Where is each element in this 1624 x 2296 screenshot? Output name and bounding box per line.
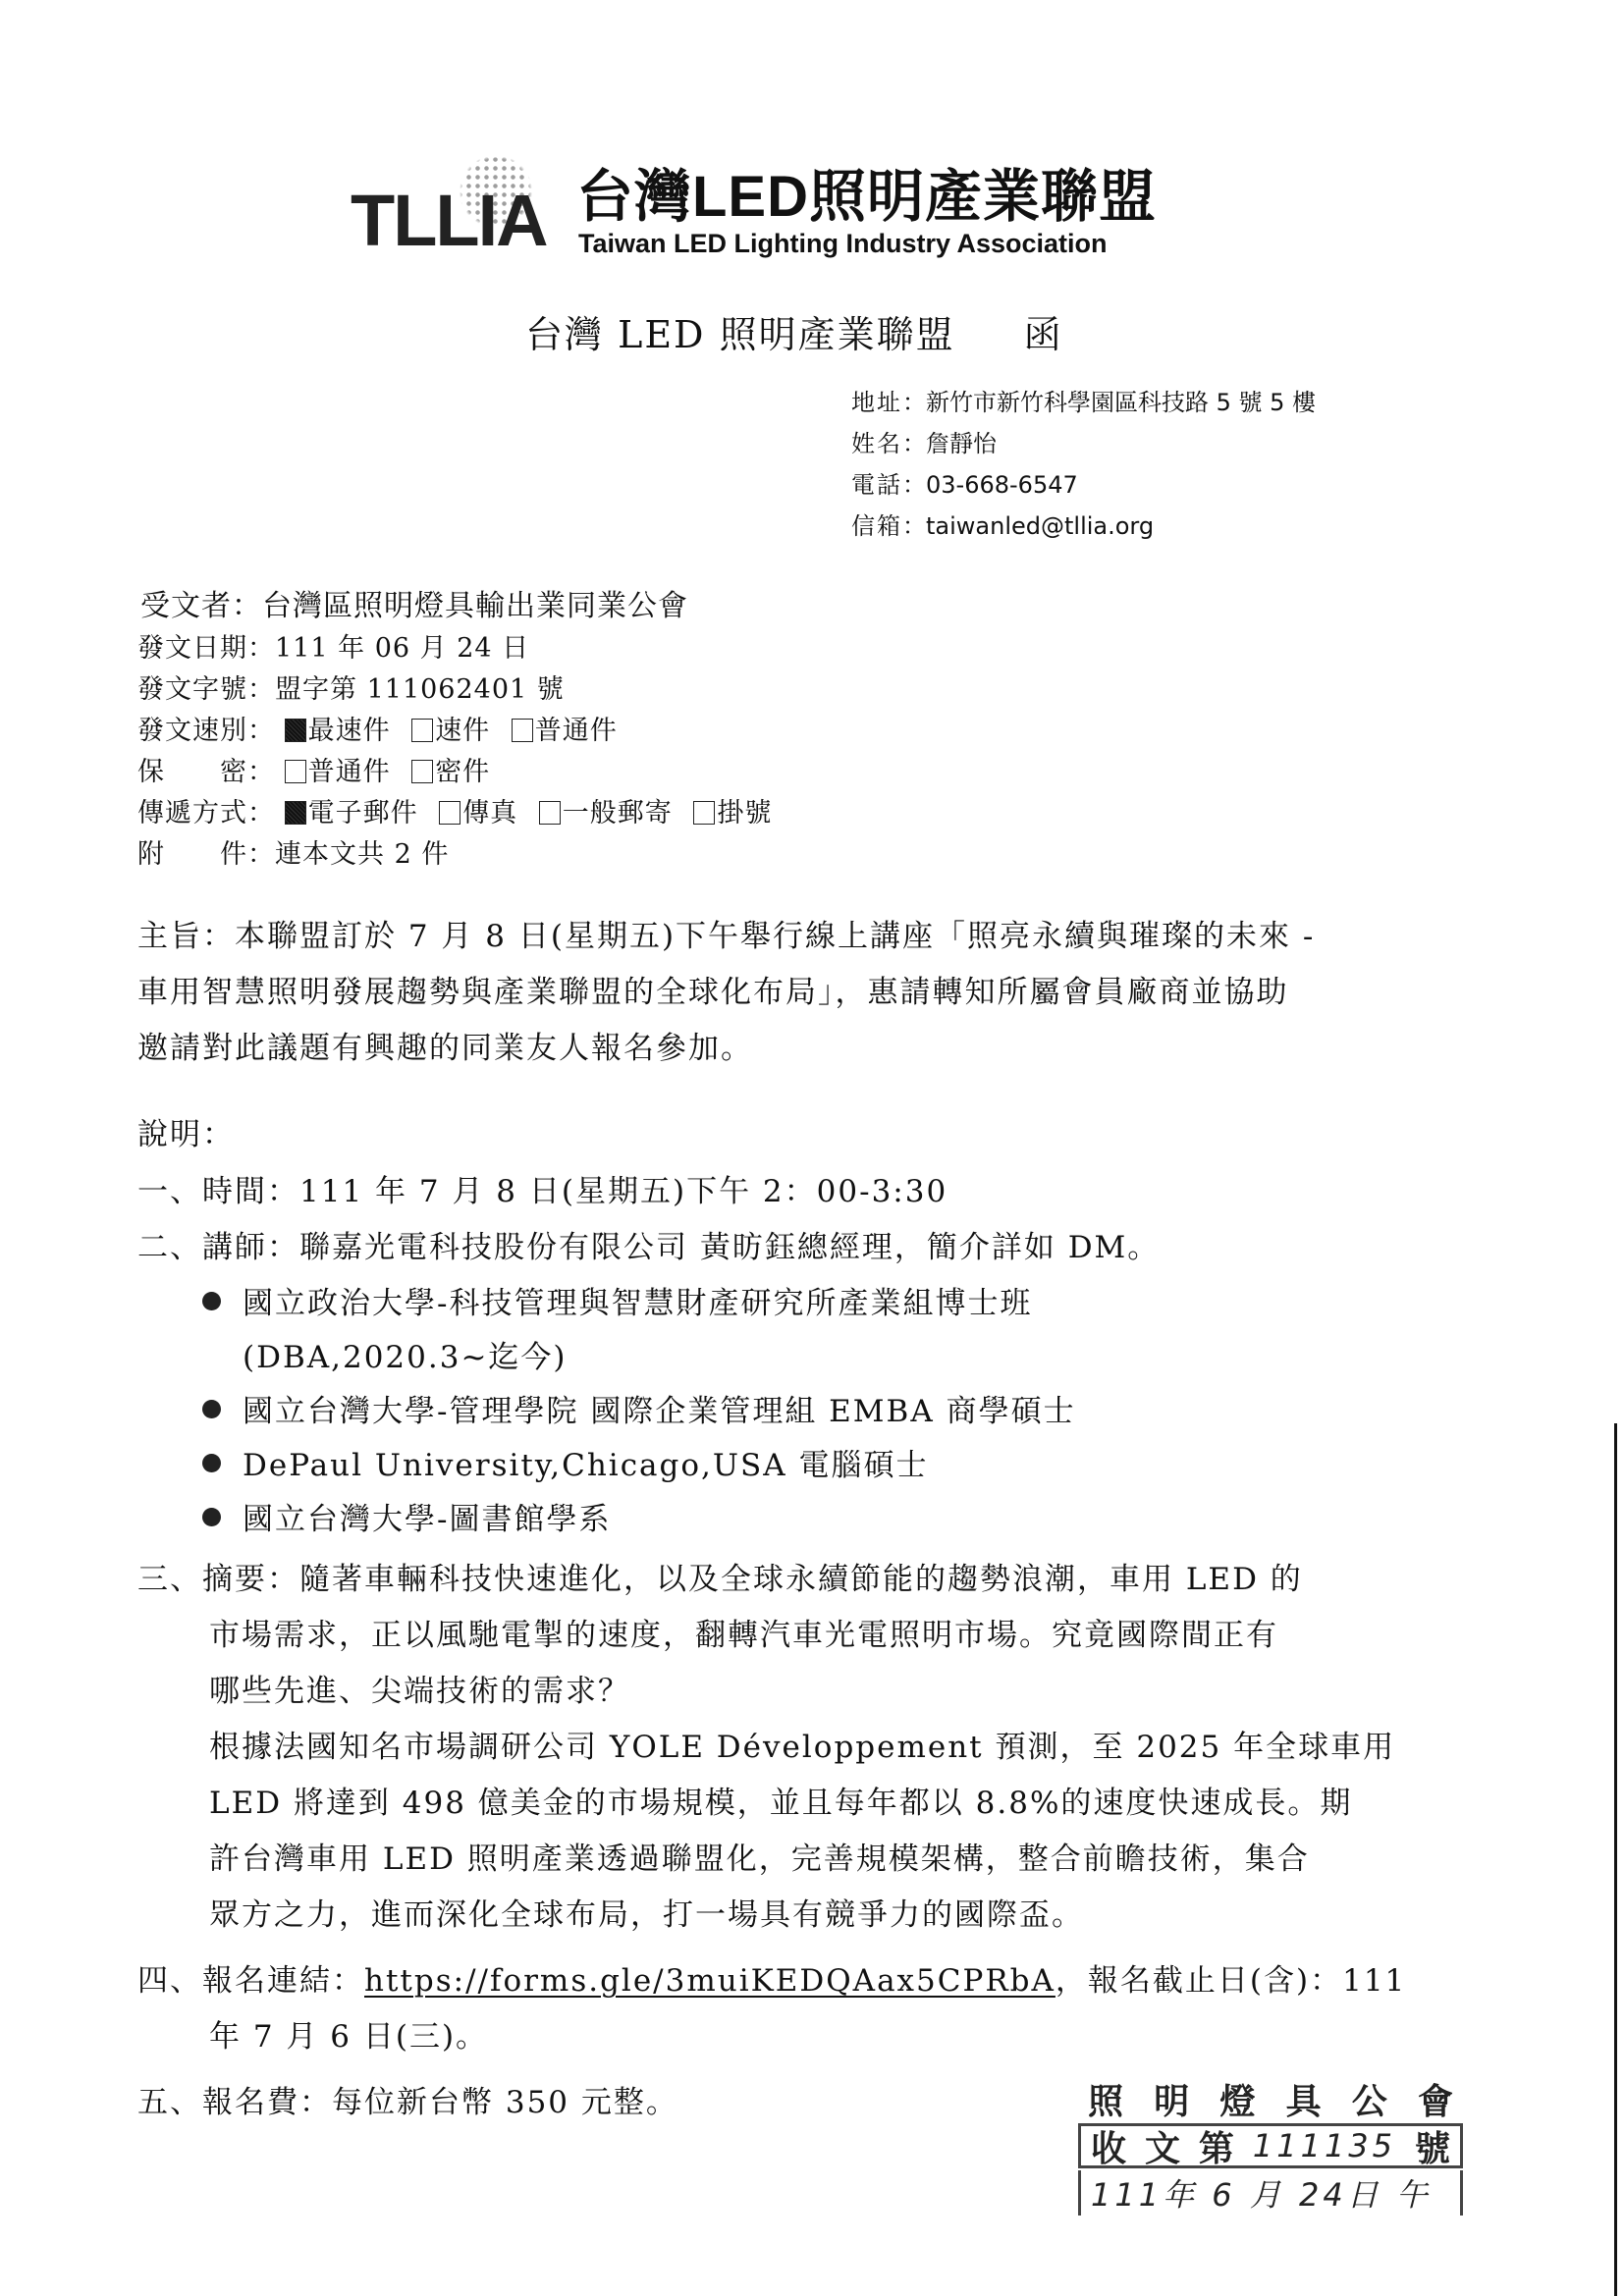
checkbox-empty-icon	[512, 719, 533, 742]
abstract-line-4: 根據法國知名市場調研公司 YOLE Développement 預測，至 202…	[209, 1722, 1395, 1766]
checkbox-checked-icon	[285, 801, 306, 825]
stamp-handwritten-number: 111135	[1253, 2127, 1396, 2164]
stamp-handwritten-date: 111年 6 月 24日 午	[1091, 2170, 1432, 2216]
priority-field: 發文速別： 最速件 速件 普通件	[137, 709, 629, 747]
contact-phone: 電話：03-668-6547	[851, 465, 1078, 500]
checkbox-checked-icon	[285, 719, 306, 742]
subject-line-2: 車用智慧照明發展趨勢與產業聯盟的全球化布局」，惠請轉知所屬會員廠商並協助	[137, 967, 1289, 1011]
credential-item-cont: (DBA,2020.3~迄今)	[243, 1332, 568, 1376]
abstract-line-6: 許台灣車用 LED 照明產業透過聯盟化，完善規模架構，整合前瞻技術，集合	[209, 1834, 1310, 1878]
item-fee: 五、報名費：每位新台幣 350 元整。	[137, 2077, 678, 2121]
checkbox-empty-icon	[285, 760, 306, 783]
checkbox-empty-icon	[693, 801, 715, 825]
abstract-line-7: 眾方之力，進而深化全球布局，打一場具有競爭力的國際盃。	[209, 1890, 1084, 1934]
abstract-line-1: 三、摘要：隨著車輛科技快速進化，以及全球永續節能的趨勢浪潮，車用 LED 的	[137, 1554, 1303, 1598]
item-time: 一、時間：111 年 7 月 8 日(星期五)下午 2：00-3:30	[137, 1166, 947, 1210]
confidentiality-option-normal: 普通件	[285, 757, 391, 787]
priority-option-urgent: 最速件	[285, 716, 391, 746]
received-stamp: 照明燈具公會 收文第111135號 111年 6 月 24日 午	[1078, 2076, 1463, 2214]
abstract-line-2: 市場需求，正以風馳電掣的速度，翻轉汽車光電照明市場。究竟國際間正有	[209, 1610, 1278, 1654]
checkbox-empty-icon	[439, 801, 460, 825]
credential-item: 國立台灣大學-管理學院 國際企業管理組 EMBA 商學碩士	[202, 1386, 1076, 1430]
attachments-field: 附 件：連本文共 2 件	[137, 832, 449, 871]
checkbox-empty-icon	[411, 719, 433, 742]
subject-line-1: 主旨：本聯盟訂於 7 月 8 日(星期五)下午舉行線上講座「照亮永續與璀璨的未來…	[137, 911, 1315, 955]
delivery-field: 傳遞方式： 電子郵件 傳真 一般郵寄 掛號	[137, 791, 784, 829]
bullet-icon	[202, 1454, 221, 1472]
subject-line-3: 邀請對此議題有興趣的同業友人報名參加。	[137, 1023, 753, 1067]
stamp-org-row: 照明燈具公會	[1078, 2076, 1463, 2121]
title-org: 台灣 LED 照明產業聯盟	[525, 313, 955, 356]
org-name-en: Taiwan LED Lighting Industry Association	[578, 231, 1108, 257]
item-speaker: 二、講師：聯嘉光電科技股份有限公司 黃昉鈺總經理，簡介詳如 DM。	[137, 1222, 1160, 1266]
contact-email: 信箱：taiwanled@tllia.org	[851, 507, 1154, 541]
credential-item: 國立台灣大學-圖書館學系	[202, 1494, 611, 1538]
delivery-option-fax: 傳真	[439, 798, 517, 828]
abstract-line-3: 哪些先進、尖端技術的需求？	[209, 1666, 630, 1710]
email-link[interactable]: taiwanled@tllia.org	[926, 512, 1154, 540]
title-doc-type: 函	[1024, 313, 1063, 356]
org-name-cn: 台灣LED照明產業聯盟	[576, 169, 1157, 226]
doc-number-field: 發文字號：盟字第 111062401 號	[137, 667, 565, 706]
delivery-option-email: 電子郵件	[285, 798, 418, 828]
contact-address: 地址：新竹市新竹科學園區科技路 5 號 5 樓	[851, 383, 1316, 417]
contact-name: 姓名：詹靜怡	[851, 424, 997, 458]
bullet-icon	[202, 1292, 221, 1310]
scan-edge-line	[1614, 1423, 1617, 2296]
tllia-logo-mark: TLLIA	[349, 137, 565, 255]
registration-link[interactable]: https://forms.gle/3muiKEDQAax5CPRbA	[364, 1963, 1056, 1999]
abstract-line-5: LED 將達到 498 億美金的市場規模，並且每年都以 8.8%的速度快速成長。…	[209, 1778, 1352, 1822]
credential-item: 國立政治大學-科技管理與智慧財產研究所產業組博士班	[202, 1278, 1032, 1322]
confidentiality-field: 保 密： 普通件 密件	[137, 750, 502, 788]
explanation-heading: 說明：	[137, 1109, 235, 1153]
letterhead-logo: TLLIA 台灣LED照明產業聯盟 Taiwan LED Lighting In…	[349, 137, 1183, 265]
priority-option-fast: 速件	[411, 716, 490, 746]
issue-date-field: 發文日期：111 年 06 月 24 日	[137, 626, 529, 665]
checkbox-empty-icon	[539, 801, 561, 825]
delivery-option-mail: 一般郵寄	[539, 798, 673, 828]
registration-deadline: 年 7 月 6 日(三)。	[209, 2011, 488, 2056]
document-title: 台灣 LED 照明產業聯盟函	[525, 304, 1063, 358]
logo-letters: TLLIA	[351, 185, 547, 257]
stamp-number-row: 收文第111135號	[1078, 2123, 1463, 2168]
stamp-date-row: 111年 6 月 24日 午	[1078, 2170, 1463, 2216]
bullet-icon	[202, 1400, 221, 1418]
item-registration: 四、報名連結：https://forms.gle/3muiKEDQAax5CPR…	[137, 1955, 1406, 2000]
recipient-field: 受文者：台灣區照明燈具輸出業同業公會	[140, 581, 688, 624]
confidentiality-option-secret: 密件	[411, 757, 490, 787]
checkbox-empty-icon	[411, 760, 433, 783]
priority-option-normal: 普通件	[512, 716, 618, 746]
bullet-icon	[202, 1508, 221, 1526]
delivery-option-registered: 掛號	[693, 798, 772, 828]
credential-item: DePaul University,Chicago,USA 電腦碩士	[202, 1440, 929, 1484]
